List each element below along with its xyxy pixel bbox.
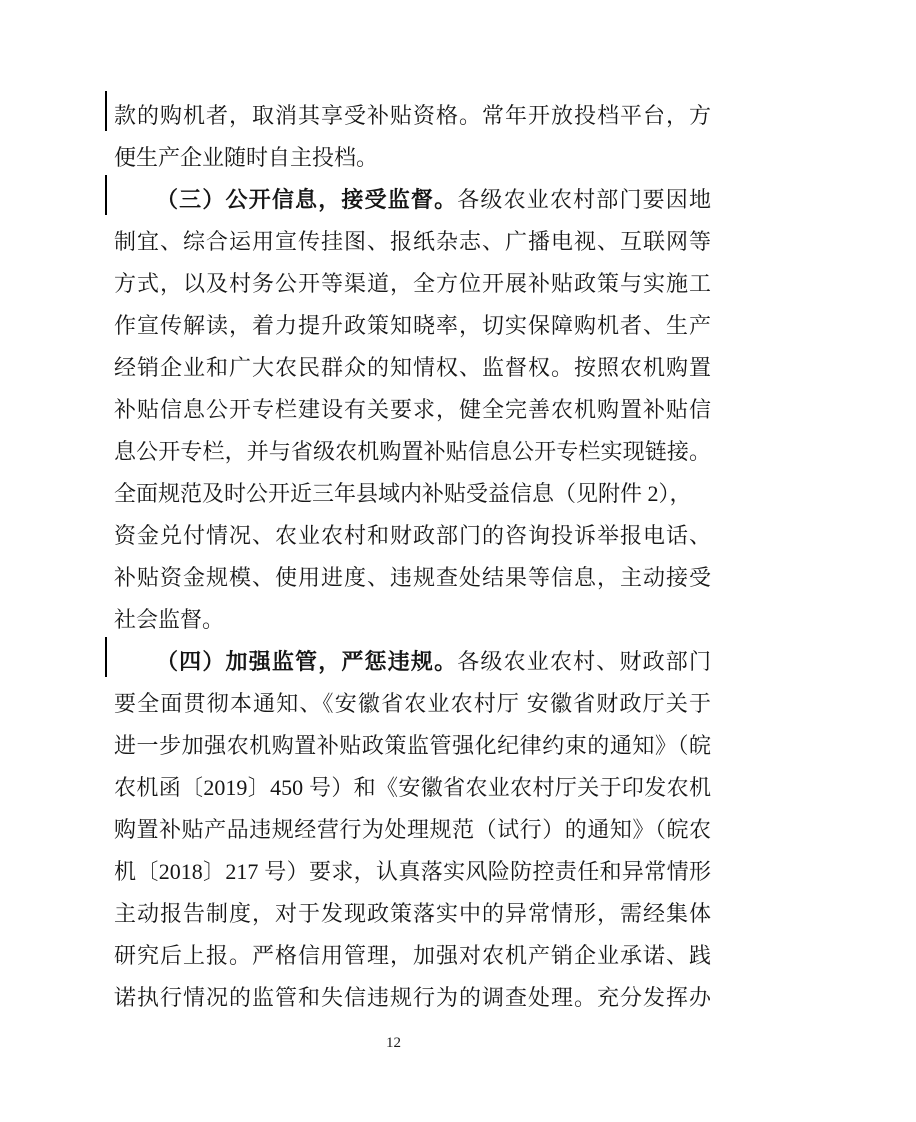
text-line: 主动报告制度，对于发现政策落实中的异常情形，需经集体 xyxy=(114,893,711,935)
revision-change-bar xyxy=(105,637,107,677)
text-line: 便生产企业随时自主投档。 xyxy=(114,137,711,179)
text-line: （三）公开信息，接受监督。各级农业农村部门要因地 xyxy=(114,179,711,221)
section-heading: （三）公开信息，接受监督。 xyxy=(156,187,457,212)
text-line: 制宜、综合运用宣传挂图、报纸杂志、广播电视、互联网等 xyxy=(114,221,711,263)
revision-change-bar xyxy=(105,91,107,131)
text-line: 方式，以及村务公开等渠道，全方位开展补贴政策与实施工 xyxy=(114,263,711,305)
text-line: 资金兑付情况、农业农村和财政部门的咨询投诉举报电话、 xyxy=(114,515,711,557)
text-line: 补贴信息公开专栏建设有关要求，健全完善农机购置补贴信 xyxy=(114,389,711,431)
document-page: 款的购机者，取消其享受补贴资格。常年开放投档平台，方便生产企业随时自主投档。（三… xyxy=(0,0,916,1122)
text-line: 经销企业和广大农民群众的知情权、监督权。按照农机购置 xyxy=(114,347,711,389)
text-line: 购置补贴产品违规经营行为处理规范（试行）的通知》（皖农 xyxy=(114,809,711,851)
page-number: 12 xyxy=(386,1033,401,1053)
text-line: 诺执行情况的监管和失信违规行为的调查处理。充分发挥办 xyxy=(114,977,711,1019)
text-line: 全面规范及时公开近三年县域内补贴受益信息（见附件 2）， xyxy=(114,473,711,515)
text-line: 研究后上报。严格信用管理，加强对农机产销企业承诺、践 xyxy=(114,935,711,977)
text-line: 款的购机者，取消其享受补贴资格。常年开放投档平台，方 xyxy=(114,95,711,137)
text-line: 社会监督。 xyxy=(114,599,711,641)
revision-change-bar xyxy=(105,175,107,215)
text-line: 要全面贯彻本通知、《安徽省农业农村厅 安徽省财政厅关于 xyxy=(114,683,711,725)
text-line: 农机函〔2019〕450 号）和《安徽省农业农村厅关于印发农机 xyxy=(114,767,711,809)
text-line: 机〔2018〕217 号）要求，认真落实风险防控责任和异常情形 xyxy=(114,851,711,893)
text-line: 息公开专栏，并与省级农机购置补贴信息公开专栏实现链接。 xyxy=(114,431,711,473)
document-body: 款的购机者，取消其享受补贴资格。常年开放投档平台，方便生产企业随时自主投档。（三… xyxy=(114,95,711,1019)
section-heading: （四）加强监管，严惩违规。 xyxy=(156,649,457,674)
text-line: 作宣传解读，着力提升政策知晓率，切实保障购机者、生产 xyxy=(114,305,711,347)
text-line: 补贴资金规模、使用进度、违规查处结果等信息，主动接受 xyxy=(114,557,711,599)
text-line: （四）加强监管，严惩违规。各级农业农村、财政部门 xyxy=(114,641,711,683)
text-line: 进一步加强农机购置补贴政策监管强化纪律约束的通知》（皖 xyxy=(114,725,711,767)
